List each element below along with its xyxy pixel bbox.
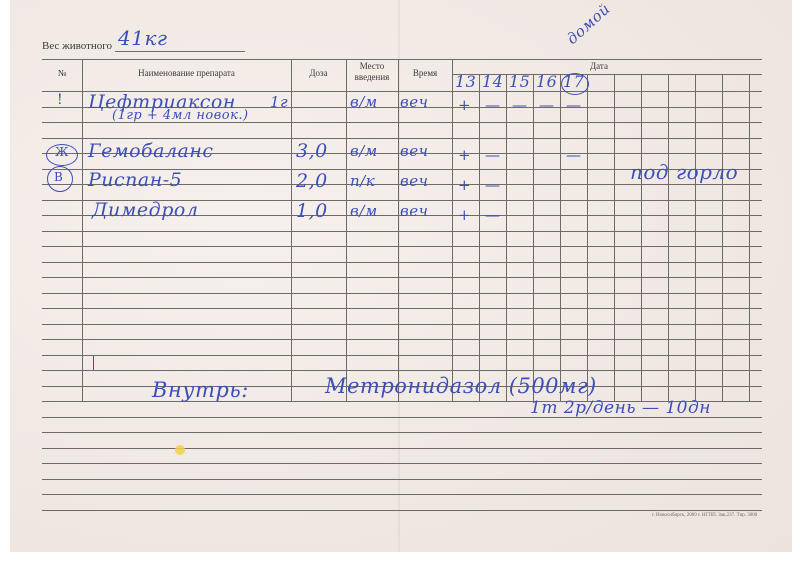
- row-line: [42, 479, 762, 480]
- date-column-line: [641, 74, 642, 401]
- column-line: [398, 59, 399, 401]
- row-1-note: (1гр + 4мл новок.): [112, 108, 249, 123]
- row-line: [42, 262, 762, 263]
- internal-regimen: 1т 2р/день — 10дн: [530, 398, 711, 418]
- row-1-route: в/м: [350, 93, 378, 111]
- yellow-stain: [175, 445, 185, 455]
- weight-label: Вес животного: [42, 40, 112, 52]
- column-line: [82, 59, 83, 401]
- row-line: [42, 448, 762, 449]
- date-value: 15: [509, 72, 530, 91]
- row-3-route: п/к: [350, 172, 375, 190]
- row-3-name: Риспан-5: [88, 169, 182, 191]
- date-17-circle: [561, 73, 589, 95]
- date-column-line: [614, 74, 615, 401]
- weight-value: 41кг: [118, 26, 168, 50]
- row-1-dose: 1г: [270, 93, 288, 111]
- row-1-time: веч: [400, 93, 428, 111]
- row-line: [42, 339, 762, 340]
- date-column-line: [722, 74, 723, 401]
- table-top-line: [42, 59, 762, 60]
- row-2-name: Гемобаланс: [88, 140, 214, 162]
- side-note: под горло: [630, 160, 738, 184]
- date-column-line: [587, 74, 588, 401]
- row-1-marker: !: [57, 92, 63, 108]
- column-line: [452, 59, 453, 401]
- row-line: [42, 494, 762, 495]
- row-2-dose: 3,0: [296, 140, 328, 162]
- administration-mark: —: [485, 176, 501, 194]
- row-3-marker: В: [54, 170, 63, 184]
- date-value: 16: [536, 72, 557, 91]
- administration-mark: +: [458, 96, 471, 114]
- row-2-time: веч: [400, 142, 428, 160]
- date-value: 14: [482, 72, 503, 91]
- date-column-line: [479, 74, 480, 401]
- paper-sheet: [10, 0, 792, 552]
- row-4-name: Димедрол: [92, 199, 198, 221]
- date-column-line: [668, 74, 669, 401]
- row-line: [42, 308, 762, 309]
- administration-mark: —: [539, 96, 555, 114]
- header-dose: Доза: [291, 68, 346, 79]
- administration-mark: —: [566, 96, 582, 114]
- row-4-route: в/м: [350, 202, 378, 220]
- date-column-line: [560, 74, 561, 401]
- row-line: [42, 370, 762, 371]
- administration-mark: —: [485, 146, 501, 164]
- header-time: Время: [398, 68, 452, 79]
- row-2-marker: Ж: [55, 145, 69, 159]
- date-column-line: [749, 74, 750, 401]
- row-line: [42, 463, 762, 464]
- pen-mark: [93, 356, 94, 370]
- internal-label: Внутрь:: [152, 378, 249, 402]
- row-line: [42, 246, 762, 247]
- row-4-dose: 1,0: [296, 200, 328, 222]
- row-line: [42, 138, 762, 139]
- column-line: [291, 59, 292, 401]
- row-3-dose: 2,0: [296, 170, 328, 192]
- internal-drug: Метронидазол (500мг): [325, 374, 597, 398]
- footer-imprint: г. Новосибирск, 2009 г. НГПП. Зак.237. Т…: [652, 513, 757, 518]
- administration-mark: +: [458, 176, 471, 194]
- row-line: [42, 355, 762, 356]
- row-3-time: веч: [400, 172, 428, 190]
- administration-mark: —: [485, 96, 501, 114]
- administration-mark: —: [566, 146, 582, 164]
- administration-mark: +: [458, 146, 471, 164]
- administration-mark: —: [485, 206, 501, 224]
- row-line: [42, 432, 762, 433]
- row-line: [42, 324, 762, 325]
- weight-underline: [115, 51, 245, 52]
- administration-mark: +: [458, 206, 471, 224]
- row-line: [42, 277, 762, 278]
- row-line: [42, 510, 762, 511]
- row-line: [42, 231, 762, 232]
- column-line: [346, 59, 347, 401]
- header-route: Место введения: [348, 61, 396, 83]
- row-4-time: веч: [400, 202, 428, 220]
- date-column-line: [506, 74, 507, 401]
- date-column-line: [695, 74, 696, 401]
- row-line: [42, 293, 762, 294]
- date-value: 13: [455, 72, 476, 91]
- row-2-route: в/м: [350, 142, 378, 160]
- date-column-line: [533, 74, 534, 401]
- header-date: Дата: [590, 61, 630, 72]
- header-drug-name: Наименование препарата: [82, 68, 291, 79]
- header-number: №: [42, 68, 82, 79]
- administration-mark: —: [512, 96, 528, 114]
